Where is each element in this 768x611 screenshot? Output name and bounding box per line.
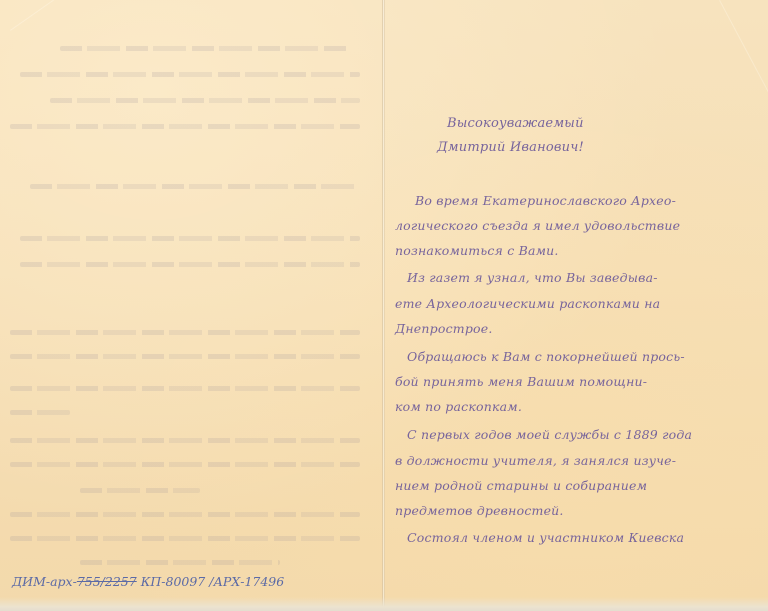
letter-line: познакомиться с Вами. [395, 243, 559, 258]
letter-page: Высокоуважаемый Дмитрий Иванович! Во вре… [395, 0, 768, 600]
bleed-through-line [10, 124, 360, 129]
letter-line: предметов древностей. [395, 503, 564, 518]
archive-struck-number: 755/2257 [77, 574, 137, 589]
salutation-line-2: Дмитрий Иванович! [437, 140, 584, 155]
bleed-through-line [80, 560, 280, 565]
bleed-through-line [10, 354, 360, 359]
letter-line: логического съезда я имел удовольствие [395, 218, 680, 233]
letter-line: Из газет я узнал, что Вы заведыва- [407, 270, 658, 285]
bleed-through-line [10, 438, 360, 443]
letter-line: ете Археологическими раскопками на [395, 296, 660, 311]
bleed-through-line [10, 410, 70, 415]
bleed-through-line [30, 184, 360, 189]
paper-bottom-edge [0, 597, 768, 611]
bleed-through-line [10, 386, 360, 391]
letter-line: бой принять меня Вашим помощни- [395, 374, 647, 389]
letter-line: С первых годов моей службы с 1889 года [407, 427, 692, 442]
archive-inventory-number: ДИМ-арх-755/2257 КП-80097 /АРХ-17496 [12, 574, 284, 589]
letter-line: ком по раскопкам. [395, 399, 522, 414]
bleed-through-line [10, 512, 360, 517]
bleed-through-line [80, 488, 200, 493]
archive-arx-number: АРХ-17496 [213, 574, 284, 589]
letter-line: в должности учителя, я занялся изуче- [395, 453, 676, 468]
archive-kp-number: КП-80097 / [137, 574, 214, 589]
letter-scan: Высокоуважаемый Дмитрий Иванович! Во вре… [0, 0, 768, 611]
bleed-through-line [20, 262, 360, 267]
letter-line: нием родной старины и собиранием [395, 478, 647, 493]
bleed-through-line [10, 536, 360, 541]
salutation-line-1: Высокоуважаемый [447, 116, 584, 131]
letter-line: Во время Екатеринославского Архео- [415, 193, 676, 208]
bleed-through-line [60, 46, 350, 51]
bleed-through-line [50, 98, 360, 103]
page-fold [382, 0, 385, 611]
letter-line: Состоял членом и участником Киевска [407, 530, 684, 545]
bleed-through-line [10, 330, 360, 335]
letter-line: Обращаюсь к Вам с покорнейшей прось- [407, 349, 685, 364]
bleed-through-line [20, 72, 360, 77]
left-page-blank-verso [0, 0, 380, 570]
bleed-through-line [10, 462, 360, 467]
bleed-through-line [20, 236, 360, 241]
archive-prefix: ДИМ-арх- [12, 574, 77, 589]
letter-line: Днепрострое. [395, 321, 493, 336]
